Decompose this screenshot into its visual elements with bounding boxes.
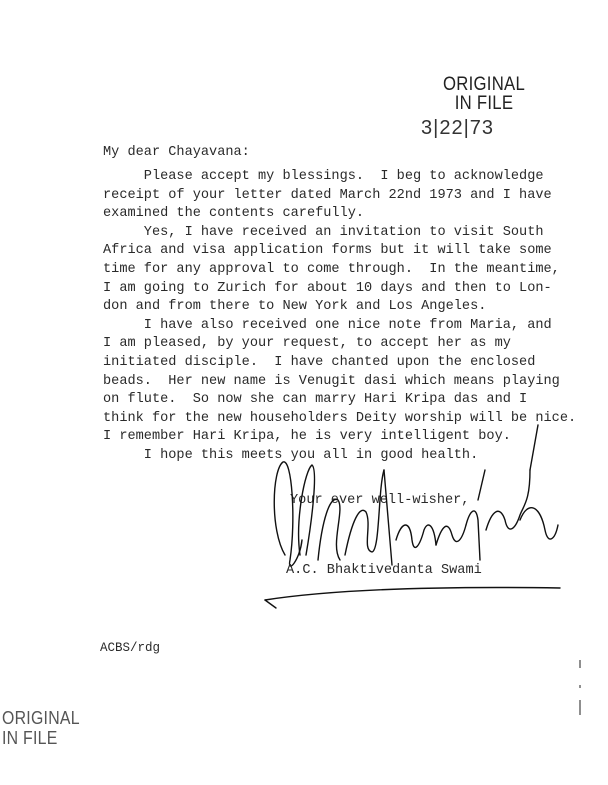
stamp-line-in-file: IN FILE <box>2 728 80 748</box>
handwritten-signature <box>0 0 608 785</box>
original-in-file-stamp-bottom: ORIGINAL IN FILE <box>2 708 80 748</box>
reference-initials: ACBS/rdg <box>100 639 160 658</box>
signature-name: A.C. Bhaktivedanta Swami <box>286 562 482 581</box>
stamp-line-original: ORIGINAL <box>2 708 80 728</box>
